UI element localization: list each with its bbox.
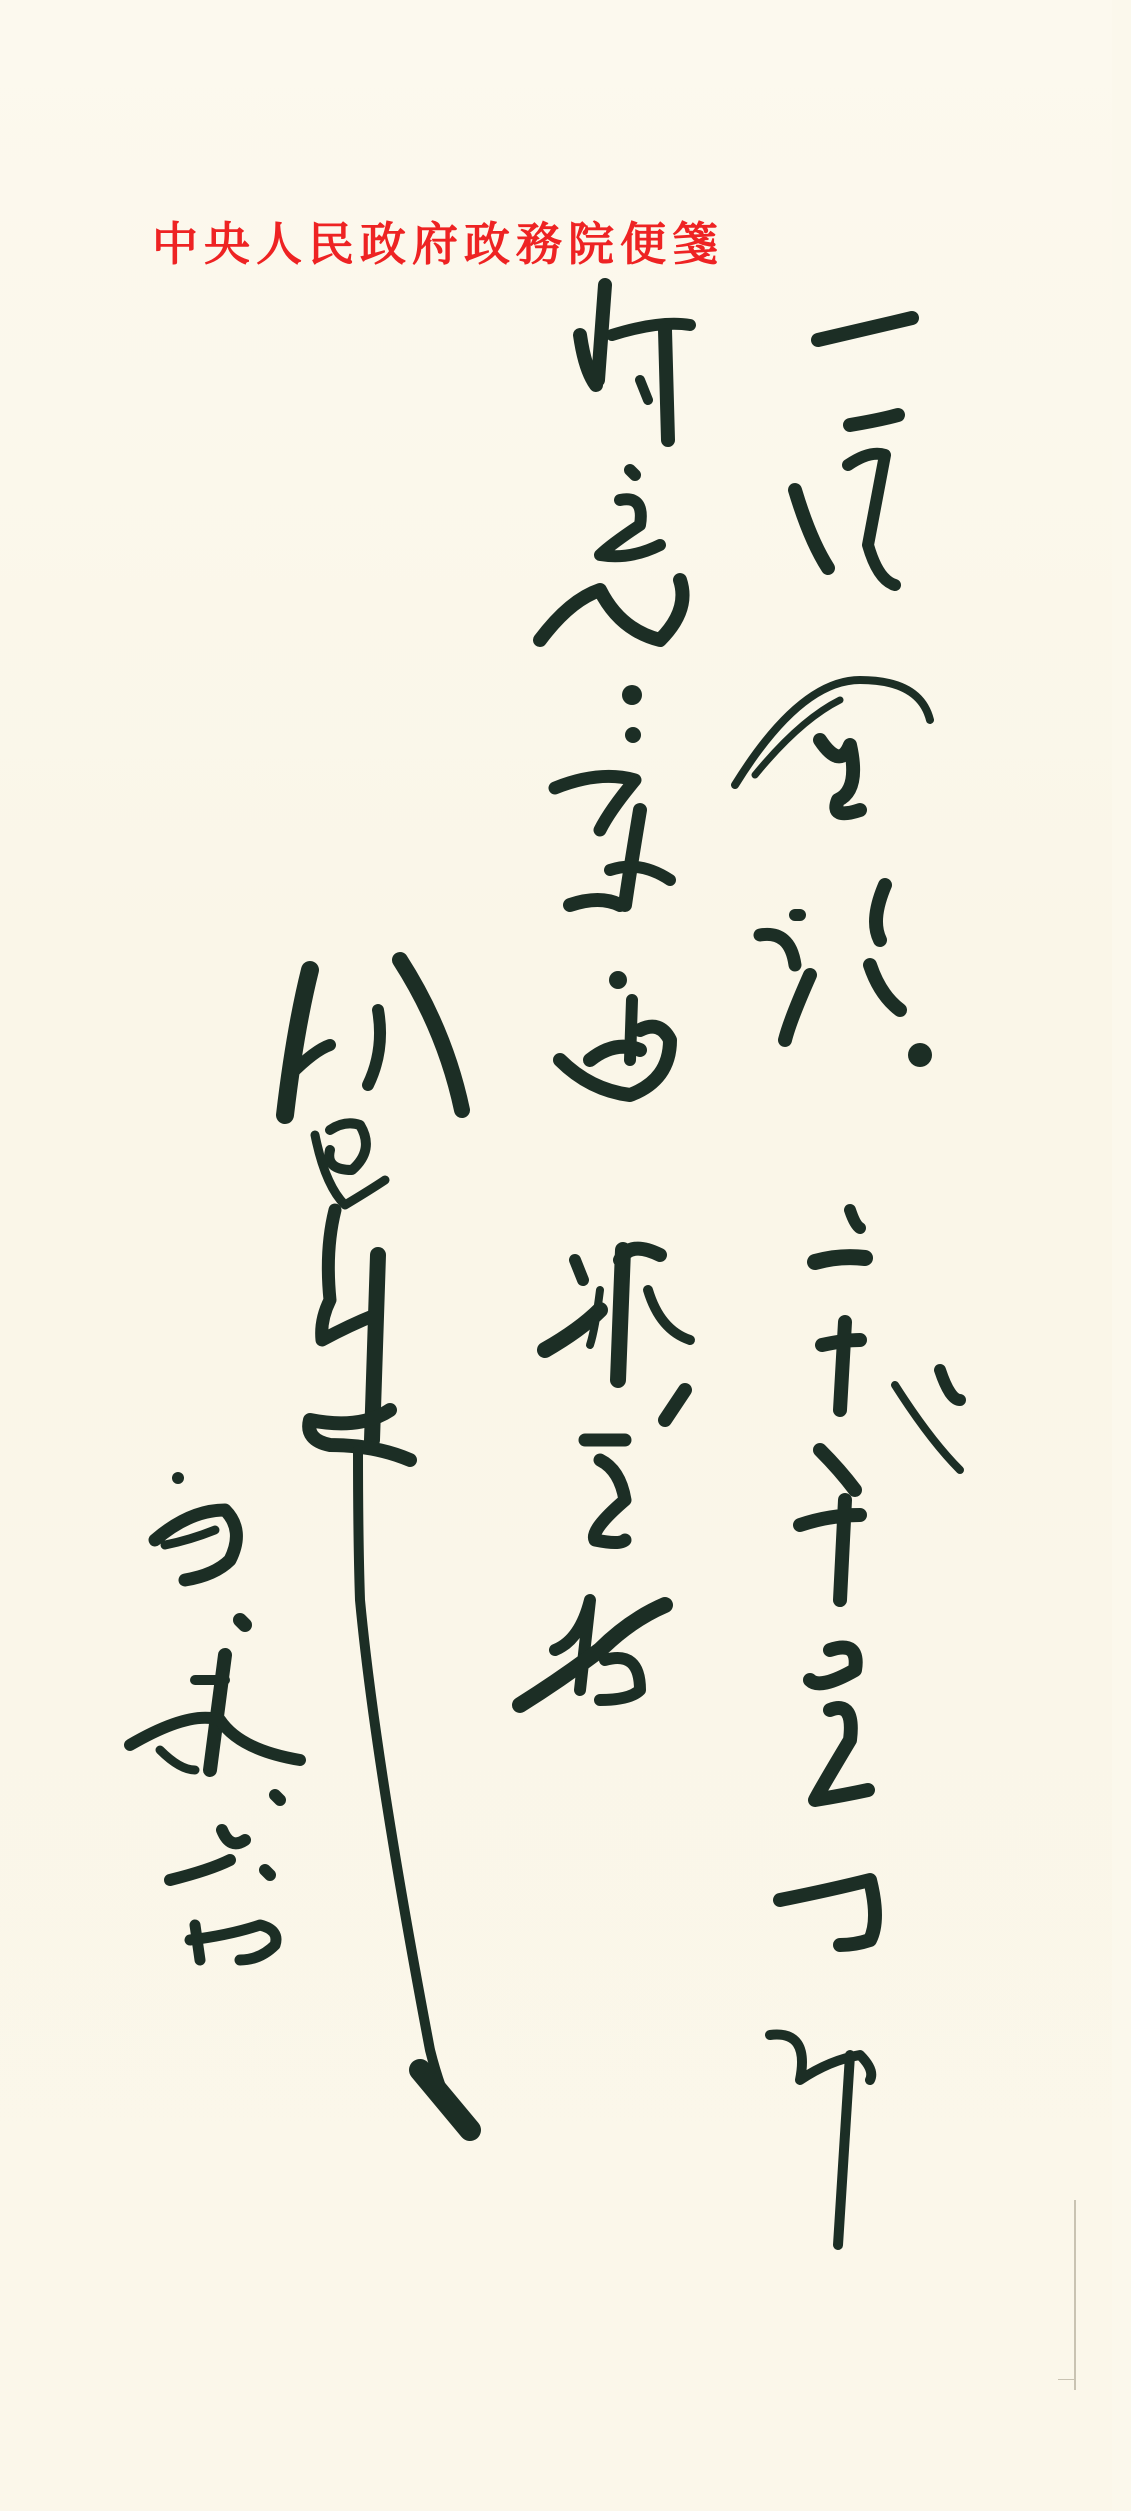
date-strokes bbox=[130, 1472, 300, 1960]
signature-strokes bbox=[285, 960, 470, 2130]
column-2-strokes bbox=[520, 285, 690, 1705]
column-1-strokes bbox=[735, 318, 960, 2245]
calligraphy-strokes bbox=[0, 0, 1131, 2511]
